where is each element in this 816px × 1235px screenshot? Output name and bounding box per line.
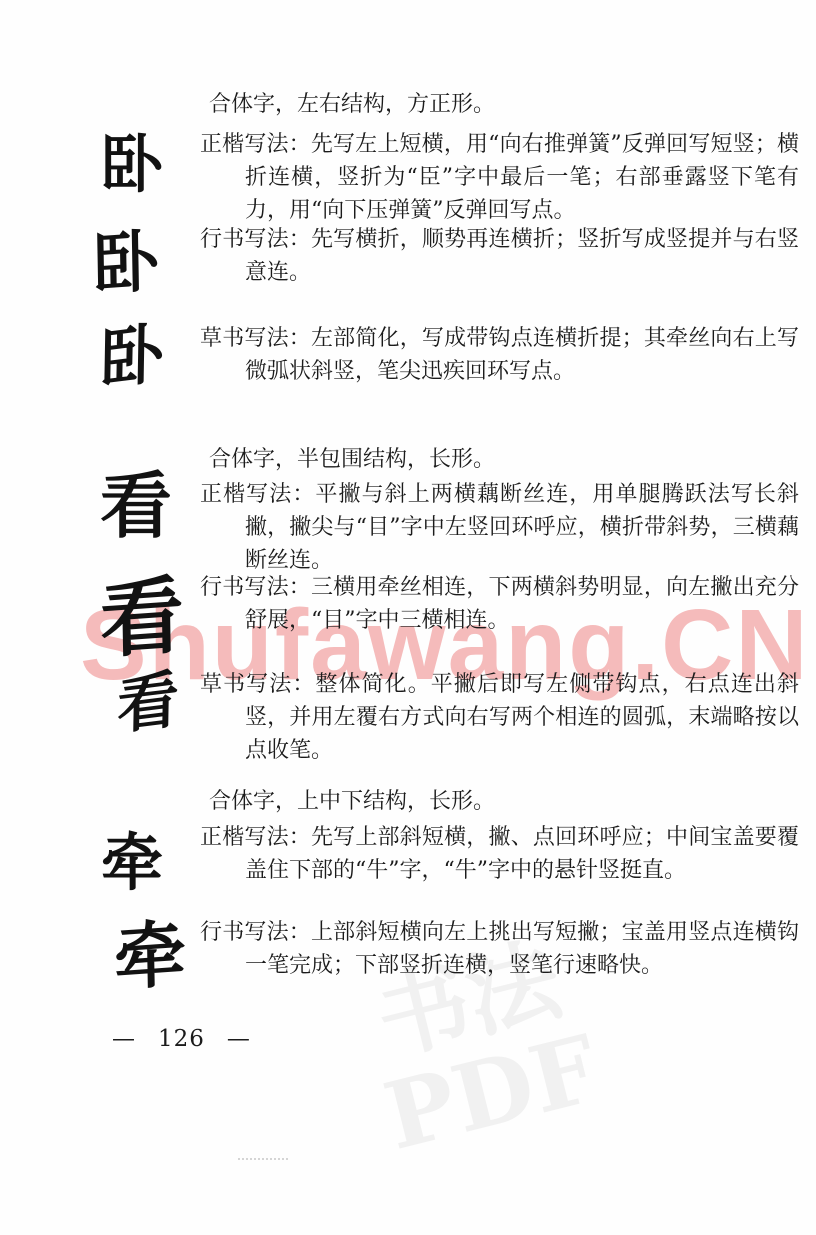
calligraphy-qian-running: 牵 [109, 917, 190, 995]
page-number-left-dash: — [112, 1026, 136, 1052]
regular-script-text: 先写上部斜短横，撇、点回环呼应；中间宝盖要覆盖住下部的“牛”字，“牛”字中的悬针… [245, 825, 799, 883]
section-qian-running-entry: 行书写法：上部斜短横向左上挑出写短撇；宝盖用竖点连横钩一笔完成；下部竖折连横，竖… [200, 916, 799, 982]
running-script-label: 行书写法： [200, 575, 311, 600]
section-kan-running-entry: 行书写法：三横用牵丝相连，下两横斜势明显，向左撇出充分舒展，“目”字中三横相连。 [200, 571, 799, 637]
section-qian-regular-entry: 正楷写法：先写上部斜短横，撇、点回环呼应；中间宝盖要覆盖住下部的“牛”字，“牛”… [200, 821, 799, 887]
regular-script-text: 先写左上短横，用“向右推弹簧”反弹回写短竖；横折连横，竖折为“臣”字中最后一笔；… [245, 132, 799, 223]
section-wo-regular-entry: 正楷写法：先写左上短横，用“向右推弹簧”反弹回写短竖；横折连横，竖折为“臣”字中… [200, 128, 799, 227]
regular-script-label: 正楷写法： [200, 825, 311, 850]
running-script-text: 三横用牵丝相连，下两横斜势明显，向左撇出充分舒展，“目”字中三横相连。 [245, 575, 799, 633]
calligraphy-qian-regular: 牵 [94, 832, 170, 894]
section-wo-cursive-entry: 草书写法：左部简化，写成带钩点连横折提；其牵丝向右上写微弧状斜竖，笔尖迅疾回环写… [200, 322, 799, 388]
page-number-right-dash: — [227, 1026, 251, 1052]
calligraphy-kan-regular: 看 [96, 470, 176, 542]
running-script-text: 先写横折，顺势再连横折；竖折写成竖提并与右竖意连。 [245, 227, 799, 285]
running-script-text: 上部斜短横向左上挑出写短撇；宝盖用竖点连横钩一笔完成；下部竖折连横，竖笔行速略快… [245, 920, 799, 978]
cursive-script-text: 左部简化，写成带钩点连横折提；其牵丝向右上写微弧状斜竖，笔尖迅疾回环写点。 [245, 326, 799, 384]
page-number-value: 126 [158, 1026, 205, 1052]
calligraphy-kan-running: 看 [99, 573, 184, 663]
section-kan-cursive-entry: 草书写法：整体简化。平撇后即写左侧带钩点，右点连出斜竖，并用左覆右方式向右写两个… [200, 668, 799, 767]
section-kan-structure-line: 合体字，半包围结构，长形。 [209, 443, 763, 476]
regular-script-text: 平撇与斜上两横藕断丝连，用单腿腾跃法写长斜撇，撇尖与“目”字中左竖回环呼应，横折… [245, 482, 799, 573]
cursive-script-label: 草书写法： [200, 672, 315, 697]
stamp-watermark-line2: PDF [344, 1012, 639, 1173]
calligraphy-wo-running: 卧 [88, 227, 165, 298]
regular-script-label: 正楷写法： [200, 132, 311, 157]
calligraphy-wo-cursive: 卧 [94, 321, 171, 395]
section-qian-structure-line: 合体字，上中下结构，长形。 [209, 785, 763, 818]
scan-artifact-dots [238, 1158, 288, 1160]
page-number: —126— [112, 1026, 251, 1052]
running-script-label: 行书写法： [200, 920, 311, 945]
calligraphy-kan-cursive: 看 [112, 667, 185, 738]
book-page: Shufawang.CN 书法 PDF 卧 卧 卧 看 看 看 牵 牵 合体字，… [0, 0, 816, 1235]
running-script-label: 行书写法： [200, 227, 311, 252]
regular-script-label: 正楷写法： [200, 482, 315, 507]
cursive-script-text: 整体简化。平撇后即写左侧带钩点，右点连出斜竖，并用左覆右方式向右写两个相连的圆弧… [245, 672, 799, 763]
cursive-script-label: 草书写法： [200, 326, 311, 351]
calligraphy-wo-regular: 卧 [94, 134, 170, 196]
section-kan-regular-entry: 正楷写法：平撇与斜上两横藕断丝连，用单腿腾跃法写长斜撇，撇尖与“目”字中左竖回环… [200, 478, 799, 577]
section-wo-structure-line: 合体字，左右结构，方正形。 [209, 88, 763, 121]
section-wo-running-entry: 行书写法：先写横折，顺势再连横折；竖折写成竖提并与右竖意连。 [200, 223, 799, 289]
